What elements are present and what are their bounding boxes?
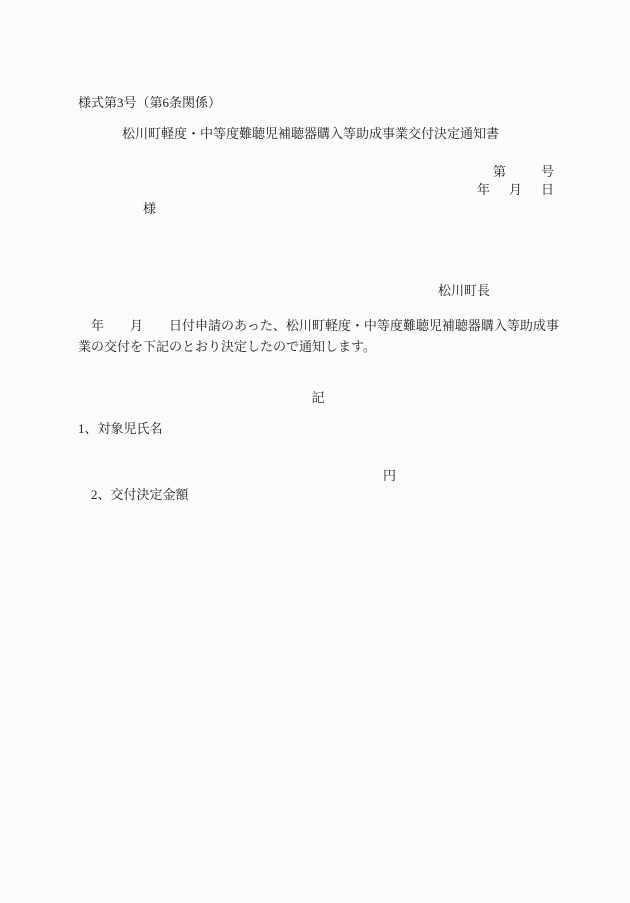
item-grant-decision-amount: 2、交付決定金額 円	[78, 466, 570, 542]
currency-unit-label: 円	[383, 466, 396, 485]
record-heading: 記	[78, 388, 558, 407]
item-target-child-name: 1、対象児氏名	[78, 419, 570, 438]
body-paragraph-line-1: 年 月 日付申請のあった、松川町軽度・中等度難聴児補聴器購入等助成事	[78, 316, 559, 335]
addressee-honorific: 様	[143, 199, 156, 218]
document-title: 松川町軽度・中等度難聴児補聴器購入等助成事業交付決定通知書	[122, 124, 499, 143]
grant-decision-notice-document: 様式第3号（第6条関係） 松川町軽度・中等度難聴児補聴器購入等助成事業交付決定通…	[0, 0, 630, 903]
sender-title: 松川町長	[438, 281, 490, 300]
document-number-line: 第 号	[493, 162, 557, 181]
form-number: 様式第3号（第6条関係）	[78, 93, 221, 112]
body-paragraph-line-2: 業の交付を下記のとおり決定したので通知します。	[78, 337, 376, 356]
item-grant-decision-amount-label: 2、交付決定金額	[91, 487, 189, 502]
document-date-line: 年 月 日	[477, 180, 557, 199]
